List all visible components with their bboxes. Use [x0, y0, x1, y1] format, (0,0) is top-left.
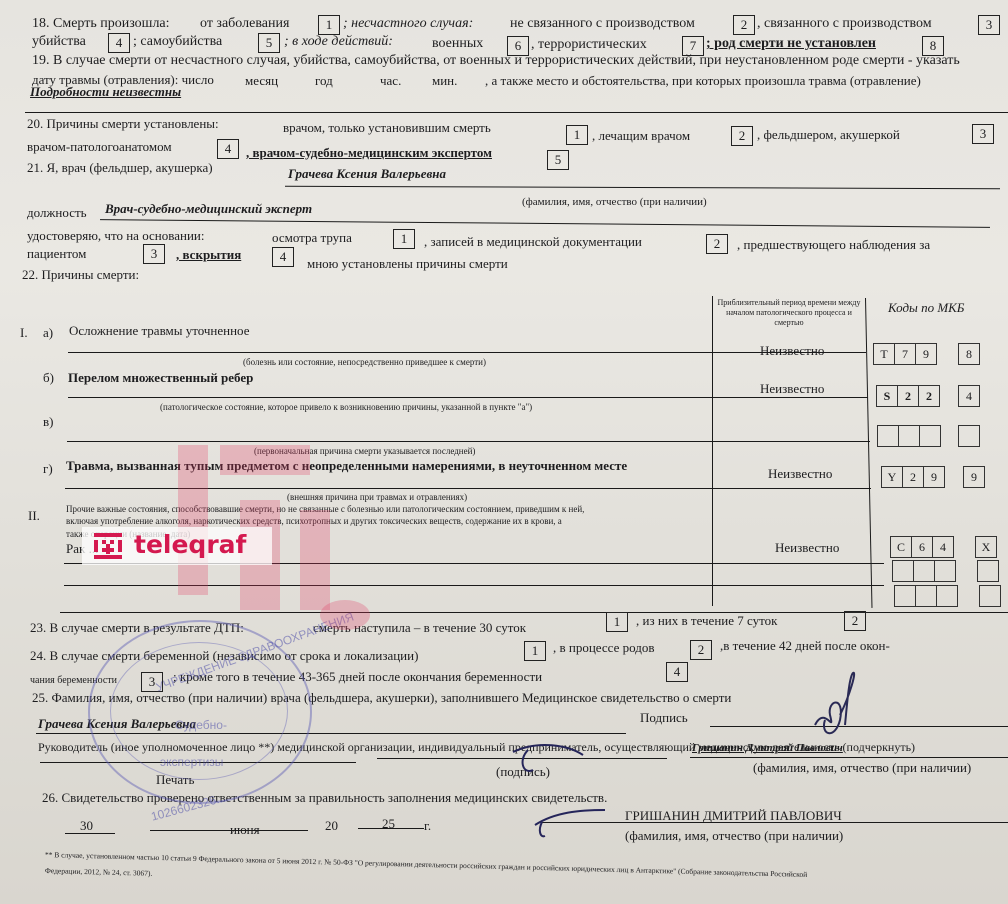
- s19-year: год: [315, 73, 333, 89]
- s22-part2: II.: [28, 508, 40, 524]
- s18-suicide-box[interactable]: 5: [258, 33, 280, 53]
- s21-label: 21. Я, врач (фельдшер, акушерка): [27, 160, 213, 176]
- s22-row-a-code-3[interactable]: 9: [915, 343, 937, 365]
- s24-childbirth: , в процессе родов: [553, 640, 655, 656]
- s21-established: мною установлены причины смерти: [307, 256, 508, 272]
- s22-extra-code-2[interactable]: [913, 560, 935, 582]
- s20-doctor-only: врачом, только установившим смерть: [283, 120, 491, 136]
- s21-patient: пациентом: [27, 246, 86, 262]
- s22-other-code-3[interactable]: 4: [932, 536, 954, 558]
- s21-records-box[interactable]: 2: [706, 234, 728, 254]
- s20-pathologist-box[interactable]: 4: [217, 139, 239, 159]
- s18-unknown: ; род смерти не установлен: [706, 36, 876, 52]
- s24-pregnant-box[interactable]: 1: [524, 641, 546, 661]
- s18-work-box[interactable]: 3: [978, 15, 1000, 35]
- s22-row-b-code-1[interactable]: S: [876, 385, 898, 407]
- s20-label: 20. Причины смерти установлены:: [27, 116, 219, 132]
- s21-position[interactable]: Врач-судебно-медицинский эксперт: [105, 201, 312, 217]
- s22-row-g-code-1[interactable]: Y: [881, 466, 903, 488]
- s18-military: военных: [432, 36, 483, 52]
- s22-other-code-sub[interactable]: X: [975, 536, 997, 558]
- s18-action: ; в ходе действий:: [284, 34, 393, 50]
- checker-signature: [530, 800, 610, 840]
- s22-label: 22. Причины смерти:: [22, 267, 139, 283]
- s21-records: , записей в медицинской документации: [424, 234, 642, 250]
- s22-row-g-caption: (внешняя причина при травмах и отравлени…: [287, 492, 467, 502]
- s20-attending: , лечащим врачом: [592, 128, 690, 144]
- s22-row-g-letter: г): [43, 461, 53, 477]
- s22-other-code-1[interactable]: C: [890, 536, 912, 558]
- s22-row-b-code-3[interactable]: 2: [918, 385, 940, 407]
- s24-within365-box[interactable]: 4: [666, 662, 688, 682]
- s22-row-v-code-2[interactable]: [898, 425, 920, 447]
- stamp-text-3: Судебно-: [175, 718, 227, 732]
- s26-year[interactable]: 25: [382, 816, 395, 832]
- s20-forensic: , врачом-судебно-медицинским экспертом: [246, 145, 492, 161]
- s26-day[interactable]: 30: [80, 818, 93, 834]
- s22-row-v-code-1[interactable]: [877, 425, 899, 447]
- s19-place-text: , а также место и обстоятельства, при ко…: [485, 73, 921, 89]
- s22-other-code-2[interactable]: 6: [911, 536, 933, 558]
- s21-patient-box[interactable]: 3: [143, 244, 165, 264]
- doctor-signature: [805, 665, 865, 745]
- footnote-line1: ** В случае, установленном частью 10 ста…: [45, 850, 807, 879]
- s20-attending-box[interactable]: 2: [731, 126, 753, 146]
- s22-row-b-letter: б): [43, 370, 54, 386]
- watermark-bar: [178, 445, 208, 595]
- s21-exam-box[interactable]: 1: [393, 229, 415, 249]
- s22-row-v-code-sub[interactable]: [958, 425, 980, 447]
- s23-within7-box[interactable]: 2: [844, 611, 866, 631]
- telegraf-brand: teleqraf: [134, 527, 246, 563]
- telegraf-logo-icon: [94, 533, 122, 559]
- watermark-dot: [320, 600, 370, 630]
- s22-extra-code-sub[interactable]: [977, 560, 999, 582]
- s18-work: , связанного с производством: [757, 16, 932, 32]
- head-signature: [508, 740, 588, 780]
- s25-signature-label: Подпись: [640, 710, 688, 726]
- s19-min: мин.: [432, 73, 457, 89]
- s21-exam: осмотра трупа: [272, 230, 352, 246]
- s18-murder: убийства: [32, 34, 86, 50]
- stamp-text-4: экспертизы: [160, 755, 223, 769]
- s19-month: месяц: [245, 73, 278, 89]
- s22-extra-code-1[interactable]: [892, 560, 914, 582]
- s25-head-name[interactable]: Гришанин Дмитрий Павлович: [692, 742, 843, 754]
- s22-row-b-code-sub[interactable]: 4: [958, 385, 980, 407]
- s18-label: 18. Смерть произошла:: [32, 16, 170, 32]
- s22-row-a-code-2[interactable]: 7: [894, 343, 916, 365]
- s22-col-codes: Коды по МКБ: [888, 300, 964, 316]
- s18-murder-box[interactable]: 4: [108, 33, 130, 53]
- s22-row-b-caption: (патологическое состояние, которое приве…: [160, 402, 532, 412]
- footnote-line2: Федерации, 2012, № 24, ст. 3067).: [45, 866, 153, 878]
- s26-fio-caption: (фамилия, имя, отчество (при наличии): [625, 828, 843, 844]
- s22-row-g-code-sub[interactable]: 9: [963, 466, 985, 488]
- s22-row-a-code-1[interactable]: T: [873, 343, 895, 365]
- s22-other-period[interactable]: Неизвестно: [775, 540, 839, 556]
- telegraf-watermark: teleqraf: [82, 527, 272, 565]
- s24-within42: ,в течение 42 дней после окон-: [720, 638, 890, 654]
- s18-disease-box[interactable]: 1: [318, 15, 340, 35]
- s21-name-caption: (фамилия, имя, отчество (при наличии): [522, 196, 707, 208]
- s22-row-v-letter: в): [43, 414, 53, 430]
- s20-doctor-only-box[interactable]: 1: [566, 125, 588, 145]
- s24-childbirth-box[interactable]: 2: [690, 640, 712, 660]
- s20-forensic-box[interactable]: 5: [547, 150, 569, 170]
- s22-row-a-text[interactable]: Осложнение травмы уточненное: [69, 323, 249, 339]
- s21-autopsy-box[interactable]: 4: [272, 247, 294, 267]
- s19-hour: час.: [380, 73, 401, 89]
- s20-paramedic: , фельдшером, акушеркой: [757, 127, 900, 143]
- s22-row-b-text[interactable]: Перелом множественный ребер: [68, 370, 253, 386]
- s22-extra-code-3[interactable]: [934, 560, 956, 582]
- s18-suicide: ; самоубийства: [133, 34, 222, 50]
- s22-row-a-letter: а): [43, 325, 53, 341]
- s22-row-b-period[interactable]: Неизвестно: [760, 381, 824, 397]
- s22-row-a-period[interactable]: Неизвестно: [760, 343, 824, 359]
- s21-position-label: должность: [27, 205, 87, 221]
- s22-part1: I.: [20, 325, 28, 341]
- s26-year-suffix: г.: [424, 818, 431, 834]
- s21-observation: , предшествующего наблюдения за: [737, 237, 930, 253]
- s18-accident: ; несчастного случая:: [343, 16, 473, 32]
- s23-within7: , из них в течение 7 суток: [636, 613, 777, 629]
- s22-extra2-code-2[interactable]: [915, 585, 937, 607]
- s22-row-g-code-3[interactable]: 9: [923, 466, 945, 488]
- s22-row-a-caption: (болезнь или состояние, непосредственно …: [243, 357, 486, 367]
- s22-col-period: Приблизительный период времени между нач…: [714, 298, 864, 328]
- s26-century: 20: [325, 818, 338, 834]
- death-certificate-page: 18. Смерть произошла: от заболевания 1 ;…: [0, 0, 1008, 904]
- s22-row-b-code-2[interactable]: 2: [897, 385, 919, 407]
- s21-autopsy: , вскрытия: [176, 247, 241, 263]
- s20-pathologist: врачом-патологоанатомом: [27, 139, 172, 155]
- s22-row-g-period[interactable]: Неизвестно: [768, 466, 832, 482]
- s18-terror: , террористических: [531, 37, 647, 53]
- s18-not-work-box[interactable]: 2: [733, 15, 755, 35]
- watermark-bar: [220, 445, 310, 475]
- s22-extra2-code-sub[interactable]: [979, 585, 1001, 607]
- s19-line1: 19. В случае смерти от несчастного случа…: [32, 53, 960, 69]
- s22-row-v-code-3[interactable]: [919, 425, 941, 447]
- s26-label: 26. Свидетельство проверено ответственны…: [42, 790, 607, 806]
- s19-details: Подробности неизвестны: [30, 84, 181, 100]
- s21-name[interactable]: Грачева Ксения Валерьевна: [288, 166, 446, 182]
- s18-not-work: не связанного с производством: [510, 16, 695, 32]
- watermark-bar: [300, 510, 330, 610]
- s25-fio-caption: (фамилия, имя, отчество (при наличии): [753, 760, 971, 776]
- s21-certify: удостоверяю, что на основании:: [27, 228, 204, 244]
- s22-extra2-code-1[interactable]: [894, 585, 916, 607]
- s22-row-a-code-sub[interactable]: 8: [958, 343, 980, 365]
- s22-extra2-code-3[interactable]: [936, 585, 958, 607]
- s22-row-g-code-2[interactable]: 2: [902, 466, 924, 488]
- s22-row-g-text[interactable]: Травма, вызванная тупым предметом с неоп…: [66, 458, 627, 474]
- s20-paramedic-box[interactable]: 3: [972, 124, 994, 144]
- s18-disease: от заболевания: [200, 16, 289, 32]
- s23-within30-box[interactable]: 1: [606, 612, 628, 632]
